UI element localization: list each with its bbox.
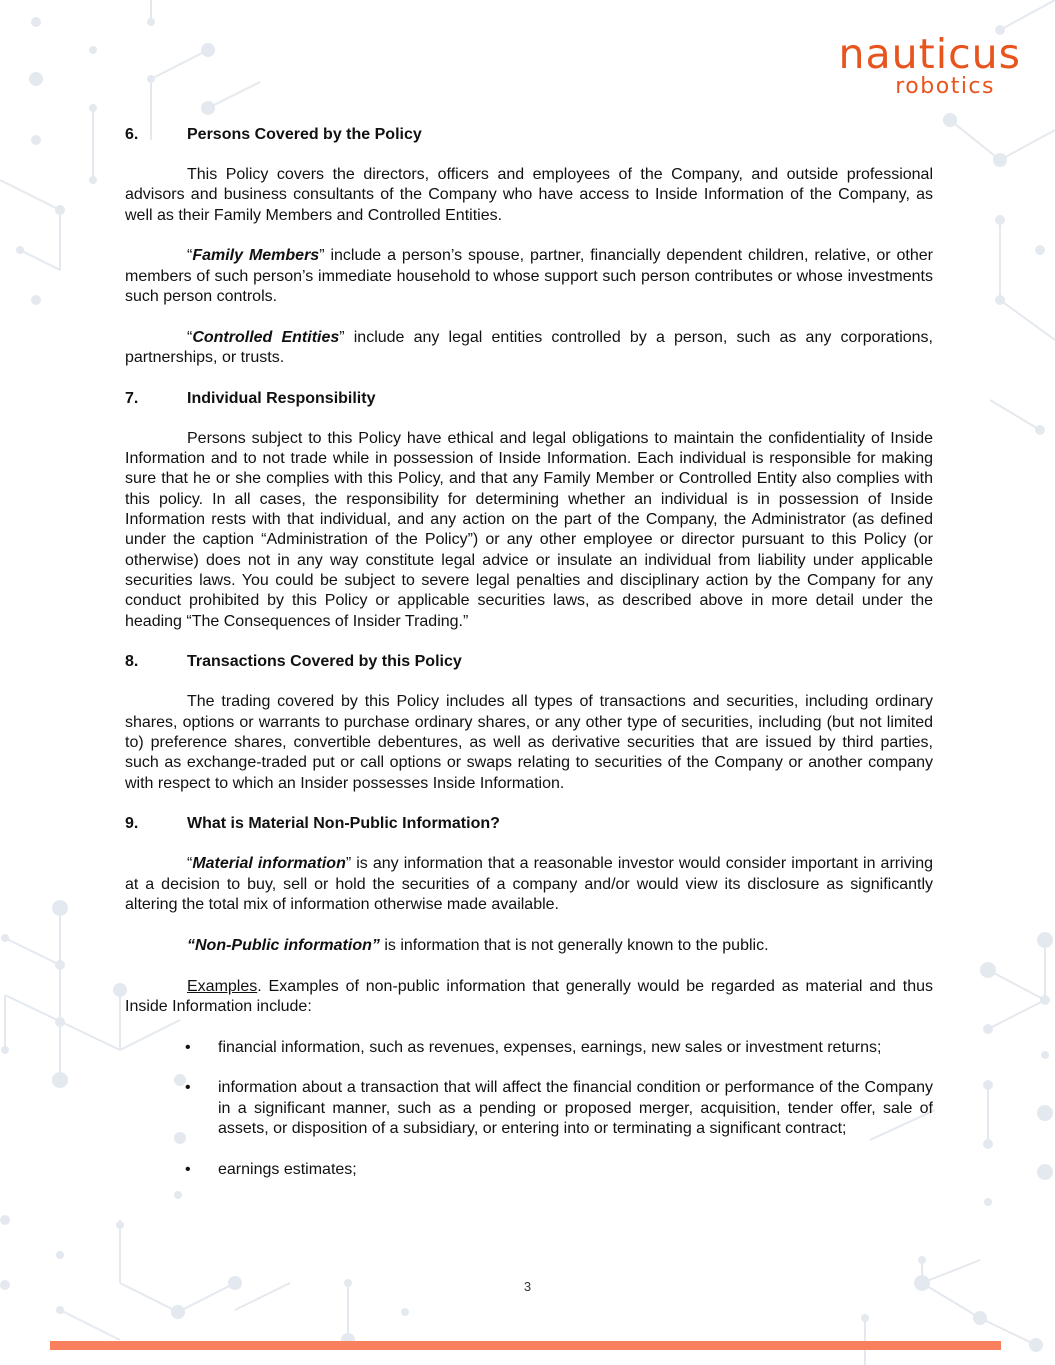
paragraph-text: is information that is not generally kno…: [380, 937, 769, 954]
bullet-icon: •: [185, 1078, 191, 1098]
page-number: 3: [0, 1279, 1055, 1294]
paragraph-text: The trading covered by this Policy inclu…: [125, 693, 933, 791]
list-item-text: information about a transaction that wil…: [218, 1079, 933, 1137]
section-number: 8.: [125, 652, 187, 672]
definition-paragraph: “Family Members” include a person’s spou…: [125, 246, 933, 307]
section-number: 7.: [125, 389, 187, 409]
paragraph: Persons subject to this Policy have ethi…: [125, 429, 933, 632]
paragraph: The trading covered by this Policy inclu…: [125, 692, 933, 793]
list-item-text: financial information, such as revenues,…: [218, 1039, 881, 1056]
footer-accent-bar: [50, 1341, 1001, 1350]
list-item: •earnings estimates;: [125, 1160, 933, 1180]
paragraph-text: Persons subject to this Policy have ethi…: [125, 430, 933, 630]
paragraph: This Policy covers the directors, office…: [125, 165, 933, 226]
section-heading: 9. What is Material Non-Public Informati…: [125, 814, 933, 834]
paragraph-text: This Policy covers the directors, office…: [125, 166, 933, 224]
section-title: What is Material Non-Public Information?: [187, 814, 500, 834]
section-title: Individual Responsibility: [187, 389, 375, 409]
logo-subtitle: robotics: [839, 75, 995, 99]
examples-paragraph: Examples. Examples of non-public informa…: [125, 977, 933, 1018]
definition-paragraph: “Material information” is any informatio…: [125, 854, 933, 915]
defined-term: Controlled Entities: [192, 329, 339, 346]
list-item: •financial information, such as revenues…: [125, 1038, 933, 1058]
bullet-icon: •: [185, 1038, 191, 1058]
section-title: Transactions Covered by this Policy: [187, 652, 462, 672]
definition-paragraph: “Controlled Entities” include any legal …: [125, 328, 933, 369]
examples-list: •financial information, such as revenues…: [125, 1038, 933, 1180]
company-logo: nauticus robotics: [839, 33, 1021, 99]
defined-term: Family Members: [192, 247, 319, 264]
section-heading: 6. Persons Covered by the Policy: [125, 125, 933, 145]
defined-term: “Non-Public information”: [187, 937, 380, 954]
bullet-icon: •: [185, 1160, 191, 1180]
definition-paragraph: “Non-Public information” is information …: [125, 936, 933, 956]
document-body: 6. Persons Covered by the Policy This Po…: [125, 125, 933, 1201]
logo-wordmark: nauticus: [839, 33, 1021, 75]
section-number: 6.: [125, 125, 187, 145]
defined-term: Material information: [192, 855, 346, 872]
list-item: •information about a transaction that wi…: [125, 1078, 933, 1139]
section-title: Persons Covered by the Policy: [187, 125, 422, 145]
section-heading: 7. Individual Responsibility: [125, 389, 933, 409]
examples-label: Examples: [187, 978, 257, 995]
section-heading: 8. Transactions Covered by this Policy: [125, 652, 933, 672]
section-number: 9.: [125, 814, 187, 834]
list-item-text: earnings estimates;: [218, 1161, 357, 1178]
